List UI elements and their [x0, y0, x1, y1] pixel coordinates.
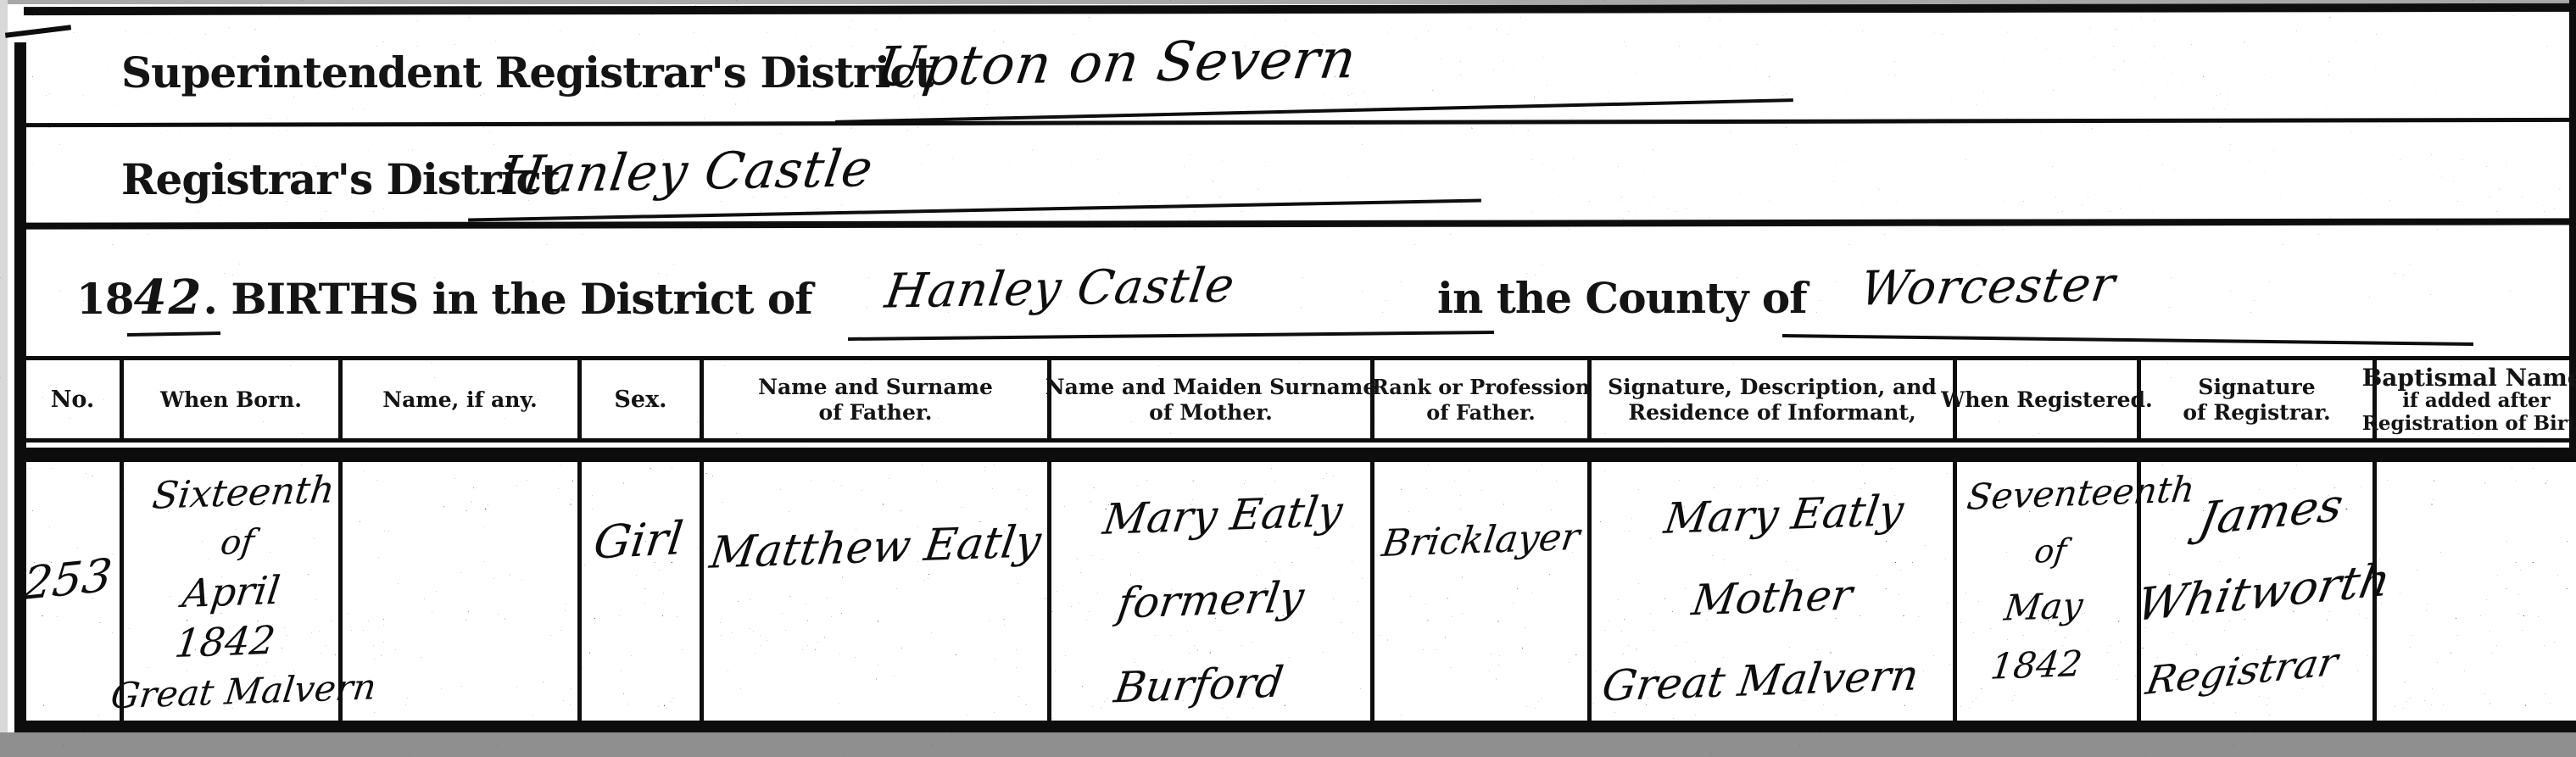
header-informant: Signature, Description, andResidence of …: [1592, 363, 1953, 437]
header-when-registered: When Registered.: [1957, 363, 2137, 437]
header-bottom-rule-thin: [25, 438, 2576, 443]
scan-bottom-bar: [0, 732, 2576, 757]
county-value: Worcester: [1857, 257, 2119, 316]
registrar-district-label: Registrar's District: [121, 154, 560, 204]
scan-artifact-dash: [5, 25, 71, 37]
births-label: . BIRTHS in the District of: [204, 274, 812, 324]
year-handwritten: 42: [134, 270, 204, 326]
table-top-rule: [25, 356, 2576, 360]
cell-informant: Mary Eatly Mother Great Malvern: [1573, 467, 1971, 729]
table-bottom-rule: [14, 721, 2576, 732]
county-underline: [1782, 334, 2473, 346]
header-rank: Rank or Professionof Father.: [1374, 363, 1587, 437]
section-divider-1: [25, 118, 2576, 127]
cell-mother-name: Mary Eatly formerly Burford: [1033, 468, 1389, 733]
row-divider: [700, 462, 704, 721]
header-name-if-any: Name, if any.: [343, 363, 577, 437]
header-when-born: When Born.: [124, 363, 338, 437]
cell-sex: Girl: [572, 510, 706, 571]
district-underline: [848, 331, 1494, 341]
county-label: in the County of: [1437, 273, 1807, 323]
row-divider: [577, 462, 582, 721]
cell-father-rank: Bricklayer: [1371, 515, 1592, 566]
year-printed: 18: [76, 274, 134, 324]
header-father: Name and Surnameof Father.: [704, 363, 1047, 437]
superintendent-district-value: Upton on Severn: [873, 28, 1360, 99]
cell-entry-number: 253: [15, 548, 120, 611]
cell-when-registered: Seventeenth of May 1842: [1943, 461, 2152, 698]
top-border-rule: [24, 3, 2576, 15]
header-bottom-rule-thick: [25, 448, 2576, 462]
district-value: Hanley Castle: [882, 258, 1239, 319]
cell-registrar-signature: James Whitworth Registrar: [2116, 459, 2396, 720]
header-no: No.: [25, 363, 120, 437]
header-sex: Sex.: [582, 363, 700, 437]
header-mother: Name and Maiden Surnameof Mother.: [1051, 363, 1370, 437]
cell-father-name: Matthew Eatly: [700, 516, 1052, 579]
left-margin-rule: [14, 42, 26, 732]
births-title: 1842. BIRTHS in the District of: [76, 270, 812, 326]
header-baptismal: Baptismal Name,if added afterRegistratio…: [2377, 363, 2576, 437]
year-underline: [127, 331, 220, 337]
registrar-district-value: Hanley Castle: [495, 139, 877, 205]
section-divider-2: [25, 218, 2576, 229]
header-registrar: Signatureof Registrar.: [2141, 363, 2372, 437]
superintendent-district-label: Superintendent Registrar's District: [121, 47, 934, 97]
scan-left-strip: [0, 0, 8, 757]
birth-register-scan: Superintendent Registrar's District Upto…: [0, 0, 2576, 757]
cell-when-born: Sixteenth of April 1842 Great Malvern: [108, 465, 354, 723]
